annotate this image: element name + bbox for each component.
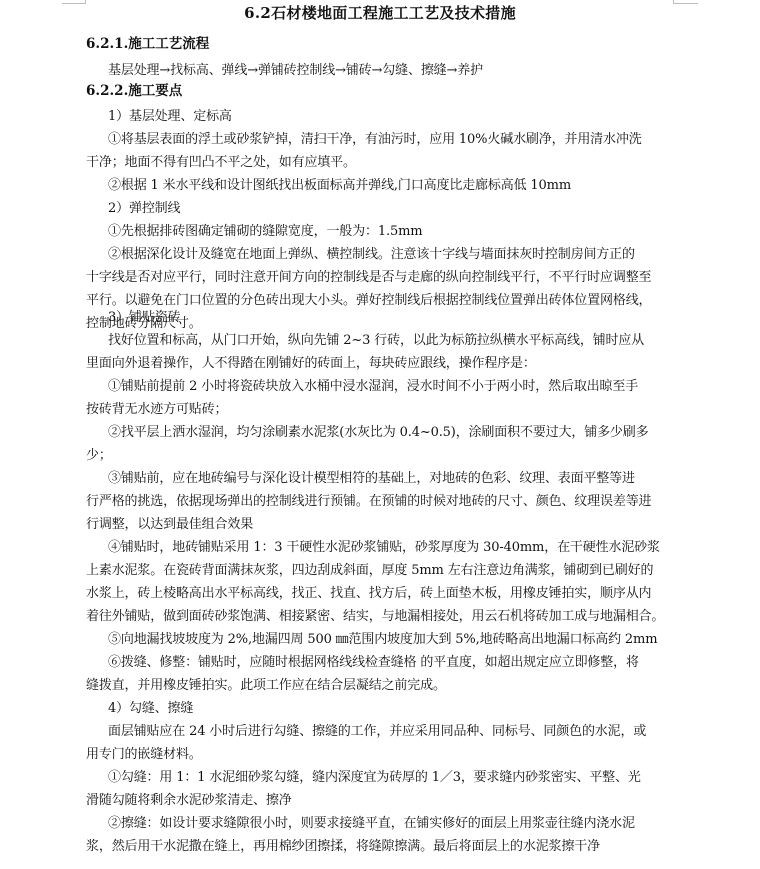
paragraph-line: 上素水泥浆。在瓷砖背面满抹灰浆，四边刮成斜面，厚度 5mm 左右注意边角满浆，铺…: [86, 559, 696, 578]
paragraph-line: 按砖背无水迹方可贴砖；: [86, 398, 696, 417]
paragraph-line: ②根据深化设计及缝宽在地面上弹纵、横控制线。注意该十字线与墙面抹灰时控制房间方正…: [108, 243, 718, 262]
paragraph-line: ⑥拨缝、修整：铺贴时，应随时根据网格线线检查缝格 的平直度，如超出规定应立即修整…: [108, 651, 718, 670]
paragraph-line: 行严格的挑选，依据现场弹出的控制线进行预铺。在预铺的时候对地砖的尺寸、颜色、纹理…: [86, 490, 696, 509]
subheading-base-treatment: 1）基层处理、定标高: [108, 105, 718, 124]
paragraph-line: 滑随勾随将剩余水泥砂浆清走、擦净: [86, 789, 696, 808]
paragraph-line: 水浆上，砖上棱略高出水平标高线，找正、找直、找方后，砖上面垫木板，用橡皮锤拍实，…: [86, 582, 696, 601]
paragraph-line: ①铺贴前提前 2 小时将瓷砖块放入水桶中浸水湿润，浸水时间不小于两小时，然后取出…: [108, 375, 718, 394]
paragraph-line: 用专门的嵌缝材料。: [86, 743, 696, 762]
paragraph-line: 着往外铺贴，做到面砖砂浆饱满、相接紧密、结实，与地漏相接处，用云石机将砖加工成与…: [86, 605, 696, 624]
paragraph-line: ④铺贴时，地砖铺贴采用 1：3 干硬性水泥砂浆铺贴，砂浆厚度为 30-40mm，…: [108, 536, 718, 555]
paragraph-line: ②根据 1 米水平线和设计图纸找出板面标高并弹线,门口高度比走廊标高低 10mm: [108, 174, 718, 193]
paragraph-line: 里面向外退着操作，人不得踏在刚铺好的砖面上，每块砖应跟线，操作程序是：: [86, 352, 696, 371]
paragraph-line: ①勾缝：用 1：1 水泥细砂浆勾缝，缝内深度宜为砖厚的 1／3，要求缝内砂浆密实…: [108, 766, 718, 785]
paragraph-line: ②找平层上洒水湿润，均匀涂刷素水泥浆(水灰比为 0.4~0.5)，涂刷面积不要过…: [108, 421, 718, 440]
paragraph-line: 浆，然后用干水泥撒在缝上，再用棉纱团擦揉，将缝隙擦满。最后将面层上的水泥浆擦干净: [86, 835, 696, 854]
paragraph-line: 少；: [86, 444, 696, 463]
document-title: 6.2石材楼地面工程施工工艺及技术措施: [0, 2, 760, 23]
subheading-grouting: 4）勾缝、擦缝: [108, 697, 718, 716]
section-heading-6-2-2: 6.2.2.施工要点: [86, 79, 182, 99]
subheading-control-lines: 2）弹控制线: [108, 197, 718, 216]
paragraph-line: ③铺贴前，应在地砖编号与深化设计模型相符的基础上，对地砖的色彩、纹理、表面平整等…: [108, 467, 718, 486]
process-flow-text: 基层处理→找标高、弹线→弹铺砖控制线→铺砖→勾缝、擦缝→养护: [108, 59, 718, 78]
paragraph-line: 面层铺贴应在 24 小时后进行勾缝、擦缝的工作，并应采用同品种、同标号、同颜色的…: [108, 720, 718, 739]
paragraph-line: ②擦缝：如设计要求缝隙很小时，则要求接缝平直，在铺实修好的面层上用浆壶往缝内浇水…: [108, 812, 718, 831]
paragraph-line: 找好位置和标高，从门口开始，纵向先铺 2~3 行砖，以此为标筋拉纵横水平标高线，…: [108, 329, 718, 348]
section-heading-6-2-1: 6.2.1.施工工艺流程: [86, 32, 209, 52]
subheading-tile-laying: 3）铺贴瓷砖: [108, 306, 718, 325]
paragraph-line: ①将基层表面的浮土或砂浆铲掉，清扫干净，有油污时，应用 10%火碱水刷净，并用清…: [108, 128, 718, 147]
paragraph-line: 十字线是否对应平行，同时注意开间方向的控制线是否与走廊的纵向控制线平行，不平行时…: [86, 266, 696, 285]
paragraph-line: 缝拨直，并用橡皮锤拍实。此项工作应在结合层凝结之前完成。: [86, 674, 696, 693]
paragraph-line: ①先根据排砖图确定铺砌的缝隙宽度，一般为：1.5mm: [108, 220, 718, 239]
paragraph-line: ⑤向地漏找坡坡度为 2%,地漏四周 500 ㎜范围内坡度加大到 5%,地砖略高出…: [108, 628, 718, 647]
paragraph-line: 行调整，以达到最佳组合效果: [86, 513, 696, 532]
paragraph-line: 干净；地面不得有凹凸不平之处，如有应填平。: [86, 151, 696, 170]
